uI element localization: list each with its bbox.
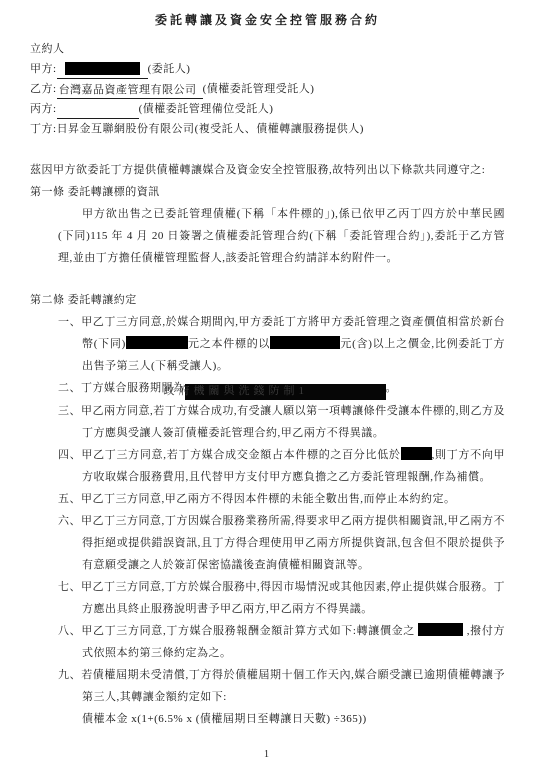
parties-heading: 立約人 xyxy=(30,39,505,59)
redaction-box xyxy=(418,623,463,636)
clause-item: 七、甲乙丁三方同意,丁方於媒合服務中,得因市場情況或其他因素,停止提供媒合服務。… xyxy=(58,576,505,620)
spacer xyxy=(30,269,505,289)
party-label: 丙方: xyxy=(30,103,57,115)
party-name: 日昇金互聯網股份有限公司 xyxy=(57,123,195,135)
party-label: 乙方: xyxy=(30,83,57,95)
transfer-amount-formula: 債權本金 x(1+(6.5% x (債權屆期日至轉讓日天數) ÷365)) xyxy=(82,708,505,730)
clause-text: 。 xyxy=(386,382,398,394)
clause-text: 元之本件標的以 xyxy=(188,338,270,350)
party-row: 丁方:日昇金互聯網股份有限公司(複受託人、債權轉讓服務提供人) xyxy=(30,119,505,139)
clause-number: 五、 xyxy=(58,493,81,505)
clause-item: 八、甲乙丁三方同意,丁方媒合服務報酬金額計算方式如下:轉讓價金之 ,撥付方式依照… xyxy=(58,620,505,664)
clause-item: 四、甲乙丁三方同意,若丁方媒合成交金額占本件標的之百分比低於,則丁方不向甲方收取… xyxy=(58,444,505,488)
party-label: 丁方: xyxy=(30,123,57,135)
clause-text: 甲乙丁三方同意,丁方媒合服務報酬金額計算方式如下:轉讓價金之 xyxy=(81,625,418,637)
party-row: 乙方:台灣嘉品資產管理有限公司(債權委託管理受託人) xyxy=(30,79,505,99)
party-role: (債權委託管理備位受託人) xyxy=(139,103,274,115)
party-row: 丙方:(債權委託管理備位受託人) xyxy=(30,99,505,119)
clause-item: 二、丁方媒合服務期間為政府機關與洗錢防制1。 xyxy=(58,377,505,400)
party-role: (複受託人、債權轉讓服務提供人) xyxy=(195,123,364,135)
party-name-underline: 台灣嘉品資產管理有限公司 xyxy=(57,83,203,99)
page-title: 委託轉讓及資金安全控管服務合約 xyxy=(30,12,505,29)
party-role: (債權委託管理受託人) xyxy=(203,83,315,95)
article2-items: 一、甲乙丁三方同意,於媒合期間內,甲方委託丁方將甲方委託管理之資產價值相當於新台… xyxy=(30,311,505,708)
clause-text: 若債權屆期未受清償,丁方得於債權屆期十個工作天內,媒合願受讓已逾期債權轉讓予第三… xyxy=(81,669,505,703)
redaction-box xyxy=(270,336,340,349)
clause-item: 一、甲乙丁三方同意,於媒合期間內,甲方委託丁方將甲方委託管理之資產價值相當於新台… xyxy=(58,311,505,377)
clause-number: 六、 xyxy=(58,515,81,527)
party-role: (委託人) xyxy=(148,63,191,75)
clause-number: 八、 xyxy=(58,625,81,637)
clause-text: 甲乙丁三方同意,丁方於媒合服務中,得因市場情況或其他因素,停止提供媒合服務。丁方… xyxy=(81,581,505,615)
clause-text: 甲乙兩方同意,若丁方媒合成功,有受讓人願以第一項轉讓條件受讓本件標的,則乙方及丁… xyxy=(81,405,505,439)
redaction-box: 政府機關與洗錢防制1 xyxy=(185,384,386,400)
clause-number: 九、 xyxy=(58,669,81,681)
clause-text: 甲乙丁三方同意,若丁方媒合成交金額占本件標的之百分比低於 xyxy=(81,449,400,461)
clause-item: 五、甲乙丁三方同意,甲乙兩方不得因本件標的未能全數出售,而停止本約約定。 xyxy=(58,488,505,510)
clause-item: 六、甲乙丁三方同意,丁方因媒合服務業務所需,得要求甲乙兩方提供相關資訊,甲乙兩方… xyxy=(58,510,505,576)
parties-list: 甲方:(委託人)乙方:台灣嘉品資產管理有限公司(債權委託管理受託人)丙方:(債權… xyxy=(30,59,505,139)
clause-text: 甲乙丁三方同意,丁方因媒合服務業務所需,得要求甲乙兩方提供相關資訊,甲乙兩方不得… xyxy=(81,515,505,571)
clause-number: 一、 xyxy=(58,316,81,328)
redaction-box xyxy=(65,62,140,75)
article1-body: 甲方欲出售之已委託管理債權(下稱「本件標的」),係已依甲乙丙丁四方於中華民國(下… xyxy=(58,203,505,269)
clause-text: 甲乙丁三方同意,甲乙兩方不得因本件標的未能全數出售,而停止本約約定。 xyxy=(81,493,456,505)
clause-item: 三、甲乙兩方同意,若丁方媒合成功,有受讓人願以第一項轉讓條件受讓本件標的,則乙方… xyxy=(58,400,505,444)
party-name-underline xyxy=(57,105,139,119)
spacer xyxy=(30,139,505,159)
redaction-box xyxy=(126,336,188,349)
page-number: 1 xyxy=(0,749,533,760)
article1-heading: 第一條 委託轉讓標的資訊 xyxy=(30,181,505,203)
redaction-box xyxy=(401,447,432,460)
clause-number: 二、 xyxy=(58,382,81,394)
clause-item: 九、若債權屆期未受清償,丁方得於債權屆期十個工作天內,媒合願受讓已逾期債權轉讓予… xyxy=(58,664,505,708)
article2-heading: 第二條 委託轉讓約定 xyxy=(30,289,505,311)
preamble-text: 茲因甲方欲委託丁方提供債權轉讓媒合及資金安全控管服務,故特列出以下條款共同遵守之… xyxy=(30,159,505,181)
clause-number: 七、 xyxy=(58,581,81,593)
party-row: 甲方:(委託人) xyxy=(30,59,505,79)
contract-page: 委託轉讓及資金安全控管服務合約 立約人 甲方:(委託人)乙方:台灣嘉品資產管理有… xyxy=(0,0,533,768)
clause-number: 三、 xyxy=(58,405,81,417)
party-name-underline xyxy=(57,62,148,79)
clause-number: 四、 xyxy=(58,449,81,461)
party-label: 甲方: xyxy=(30,63,57,75)
